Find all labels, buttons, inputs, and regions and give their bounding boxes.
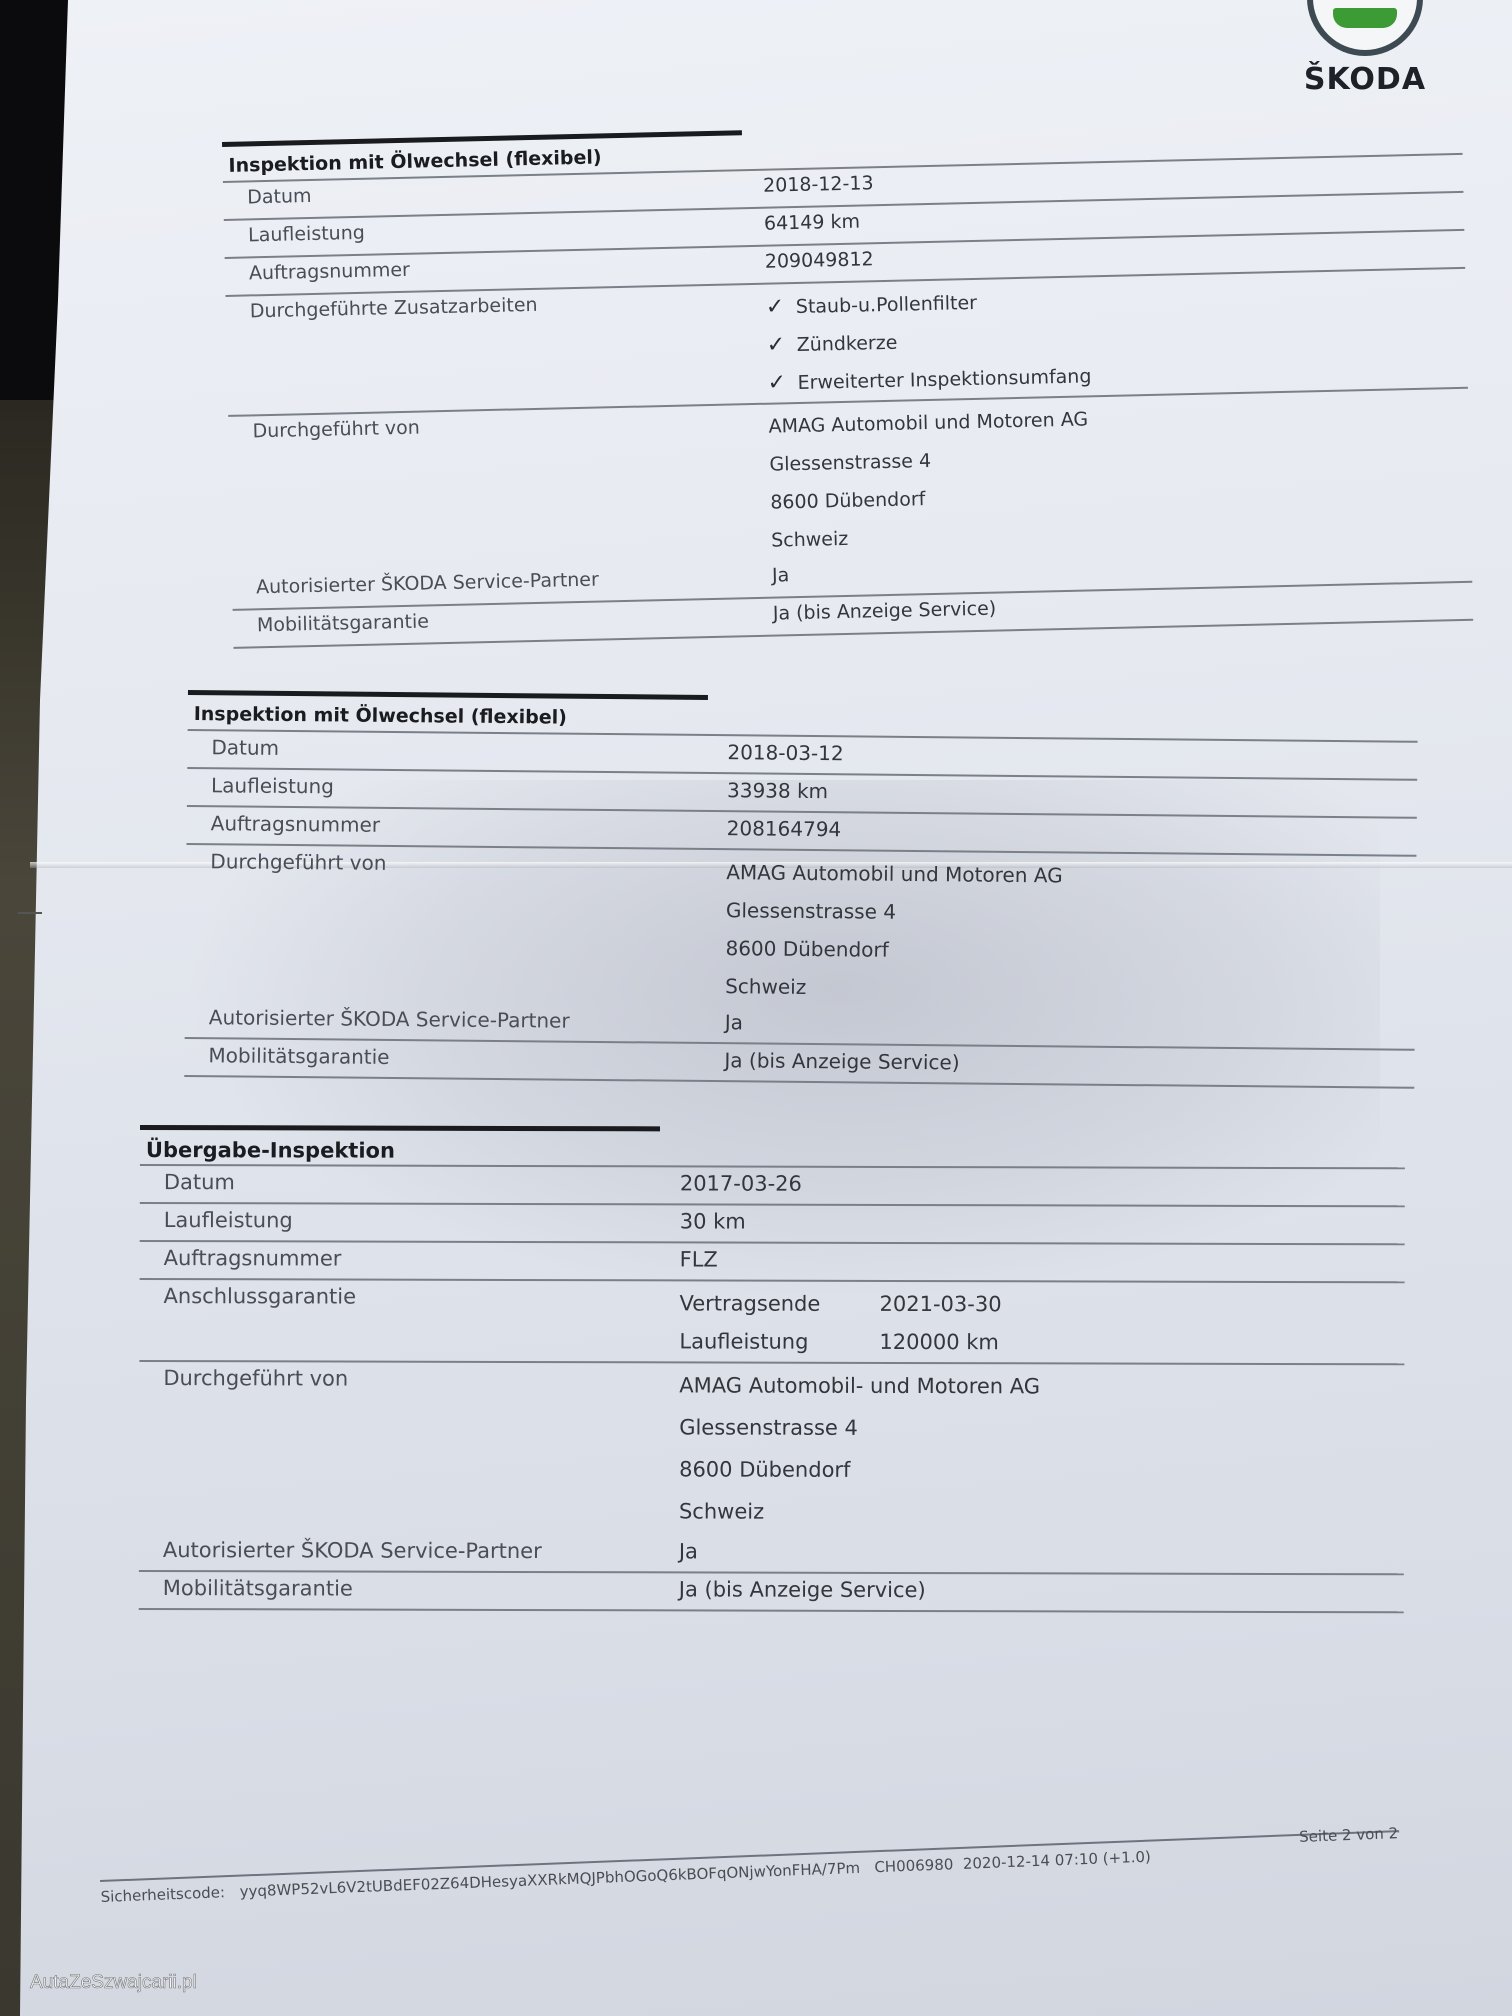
warranty-value: 2021-03-30 — [879, 1286, 1001, 1324]
warranty-details: Vertragsende2021-03-30 Laufleistung12000… — [679, 1281, 1404, 1363]
address-block: AMAG Automobil und Motoren AG Glessenstr… — [725, 850, 1416, 1013]
row-anschlussgarantie: Anschlussgarantie Vertragsende2021-03-30… — [139, 1278, 1404, 1363]
address-line: Glessenstrasse 4 — [726, 892, 1416, 937]
section-divider — [140, 1125, 660, 1131]
address-line: AMAG Automobil- und Motoren AG — [679, 1367, 1404, 1411]
warranty-key: Laufleistung — [679, 1323, 879, 1362]
checkmark-icon: ✓ — [767, 365, 798, 402]
brand-name: ŠKODA — [1300, 62, 1430, 97]
field-label: Autorisierter ŠKODA Service-Partner — [185, 1001, 725, 1042]
field-label: Mobilitätsgarantie — [139, 1572, 679, 1609]
field-value: Ja (bis Anzeige Service) — [724, 1044, 1414, 1087]
row-datum: Datum 2017-03-26 — [140, 1164, 1405, 1205]
field-label: Datum — [140, 1166, 680, 1203]
field-label: Durchgeführt von — [228, 405, 771, 573]
extra-work-text: Zündkerze — [796, 325, 897, 363]
brand-logo: ŠKODA — [1300, 0, 1430, 97]
watermark: AutaZeSzwajcarii.pl — [30, 1972, 197, 1994]
row-laufleistung: Laufleistung 30 km — [140, 1202, 1405, 1243]
extra-work-text: Staub-u.Pollenfilter — [795, 285, 977, 325]
address-block: AMAG Automobil und Motoren AG Glessenstr… — [768, 389, 1471, 561]
field-value: Ja — [679, 1535, 1404, 1573]
address-line: AMAG Automobil und Motoren AG — [726, 854, 1416, 899]
service-entry-3: Übergabe-Inspektion Datum 2017-03-26 Lau… — [139, 1125, 1405, 1613]
address-line: Glessenstrasse 4 — [679, 1409, 1404, 1453]
address-block: AMAG Automobil- und Motoren AG Glessenst… — [679, 1363, 1404, 1537]
section-title: Übergabe-Inspektion — [146, 1138, 1405, 1167]
address-line: 8600 Dübendorf — [725, 930, 1415, 975]
service-entry-1: Inspektion mit Ölwechsel (flexibel) Datu… — [222, 114, 1473, 649]
warranty-key: Vertragsende — [679, 1285, 879, 1324]
logo-arrow-shape — [1333, 8, 1397, 28]
field-label: Datum — [187, 731, 727, 772]
row-mobilitaetsgarantie: Mobilitätsgarantie Ja (bis Anzeige Servi… — [139, 1570, 1404, 1613]
warranty-item: Vertragsende2021-03-30 — [679, 1285, 1404, 1325]
print-timestamp: 2020-12-14 07:10 (+1.0) — [963, 1848, 1152, 1873]
address-line: Schweiz — [679, 1493, 1404, 1537]
page-number: Seite 2 von 2 — [1299, 1824, 1399, 1846]
field-label: Auftragsnummer — [140, 1242, 680, 1279]
field-value: Ja (bis Anzeige Service) — [679, 1573, 1404, 1611]
row-auftragsnummer: Auftragsnummer FLZ — [140, 1240, 1405, 1281]
extra-work-text: Erweiterter Inspektionsumfang — [797, 358, 1092, 401]
field-label: Laufleistung — [187, 769, 727, 810]
field-label: Anschlussgarantie — [139, 1280, 679, 1361]
field-value: 30 km — [680, 1205, 1405, 1243]
field-label: Auftragsnummer — [187, 807, 727, 848]
field-value: 2017-03-26 — [680, 1167, 1405, 1205]
field-label: Mobilitätsgarantie — [184, 1039, 724, 1080]
checkmark-icon: ✓ — [765, 289, 796, 326]
address-line: Schweiz — [725, 968, 1415, 1013]
warranty-value: 120000 km — [879, 1324, 999, 1362]
service-entry-2: Inspektion mit Ölwechsel (flexibel) Datu… — [184, 690, 1418, 1089]
address-line: 8600 Dübendorf — [679, 1451, 1404, 1495]
field-value: FLZ — [680, 1243, 1405, 1281]
row-service-partner: Autorisierter ŠKODA Service-Partner Ja — [139, 1534, 1404, 1573]
field-label: Durchgeführte Zusatzarbeiten — [226, 285, 769, 415]
security-code-value: yyq8WP52vL6V2tUBdEF02Z64DHesyaXXRkMQJPbh… — [239, 1859, 860, 1901]
document-id: CH006980 — [874, 1855, 954, 1876]
row-durchgefuehrt-von: Durchgeführt von AMAG Automobil und Moto… — [228, 387, 1471, 573]
checkmark-icon: ✓ — [766, 327, 797, 364]
field-label: Autorisierter ŠKODA Service-Partner — [139, 1534, 679, 1571]
skoda-winged-arrow-logo-icon — [1307, 0, 1423, 56]
extra-work-list: ✓Staub-u.Pollenfilter ✓Zündkerze ✓Erweit… — [765, 269, 1467, 403]
field-label: Laufleistung — [140, 1204, 680, 1241]
row-durchgefuehrt-von: Durchgeführt von AMAG Automobil und Moto… — [185, 843, 1416, 1013]
security-code-label: Sicherheitscode: — [100, 1883, 225, 1906]
warranty-item: Laufleistung120000 km — [679, 1323, 1404, 1363]
field-label: Durchgeführt von — [185, 845, 726, 1006]
row-durchgefuehrt-von: Durchgeführt von AMAG Automobil- und Mot… — [139, 1360, 1404, 1537]
section-divider — [188, 690, 708, 700]
service-history-document: ŠKODA Inspektion mit Ölwechsel (flexibel… — [0, 0, 1512, 2016]
field-label: Durchgeführt von — [139, 1362, 679, 1535]
document-footer: Seite 2 von 2 Sicherheitscode: yyq8WP52v… — [100, 1830, 1400, 1906]
